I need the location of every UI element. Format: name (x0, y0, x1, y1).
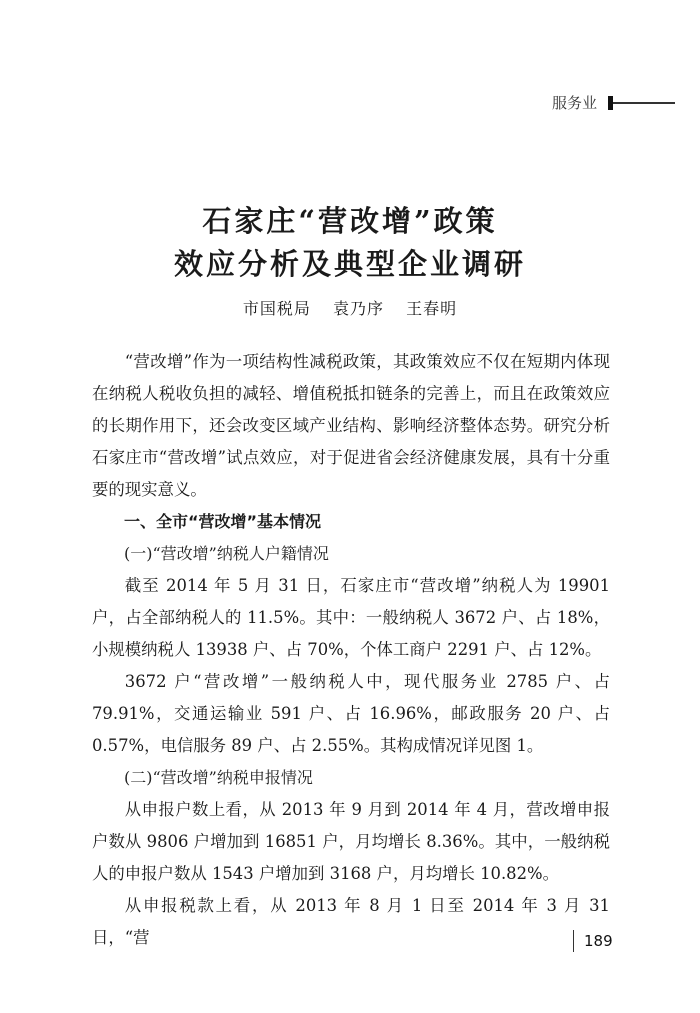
section-label: 服务业 (552, 92, 597, 113)
section-heading: 一、全市“营改增”基本情况 (92, 506, 610, 538)
paragraph-intro: “营改增”作为一项结构性减税政策，其政策效应不仅在短期内体现在纳税人税收负担的减… (92, 346, 610, 506)
running-header: 服务业 (0, 90, 700, 120)
subsection-heading: (一)“营改增”纳税人户籍情况 (92, 538, 610, 570)
article-title: 石家庄“营改增”政策 效应分析及典型企业调研 (0, 200, 700, 286)
paragraph: 从申报户数上看，从 2013 年 9 月到 2014 年 4 月，营改增申报户数… (92, 794, 610, 890)
paragraph: 从申报税款上看，从 2013 年 8 月 1 日至 2014 年 3 月 31 … (92, 890, 610, 954)
header-rule (613, 102, 675, 104)
author-name: 袁乃序 (333, 299, 384, 318)
paragraph: 3672 户“营改增”一般纳税人中，现代服务业 2785 户、占 79.91%，… (92, 666, 610, 762)
article-body: “营改增”作为一项结构性减税政策，其政策效应不仅在短期内体现在纳税人税收负担的减… (92, 346, 610, 954)
paragraph: 截至 2014 年 5 月 31 日，石家庄市“营改增”纳税人为 19901 户… (92, 570, 610, 666)
title-line-1: 石家庄“营改增”政策 (0, 200, 700, 243)
byline: 市国税局 袁乃序 王春明 (0, 296, 700, 319)
author-org: 市国税局 (243, 299, 311, 318)
title-line-2: 效应分析及典型企业调研 (0, 243, 700, 286)
page-number-rule (573, 930, 574, 952)
page-number: 189 (584, 932, 613, 950)
author-name: 王春明 (406, 299, 457, 318)
subsection-heading: (二)“营改增”纳税申报情况 (92, 762, 610, 794)
